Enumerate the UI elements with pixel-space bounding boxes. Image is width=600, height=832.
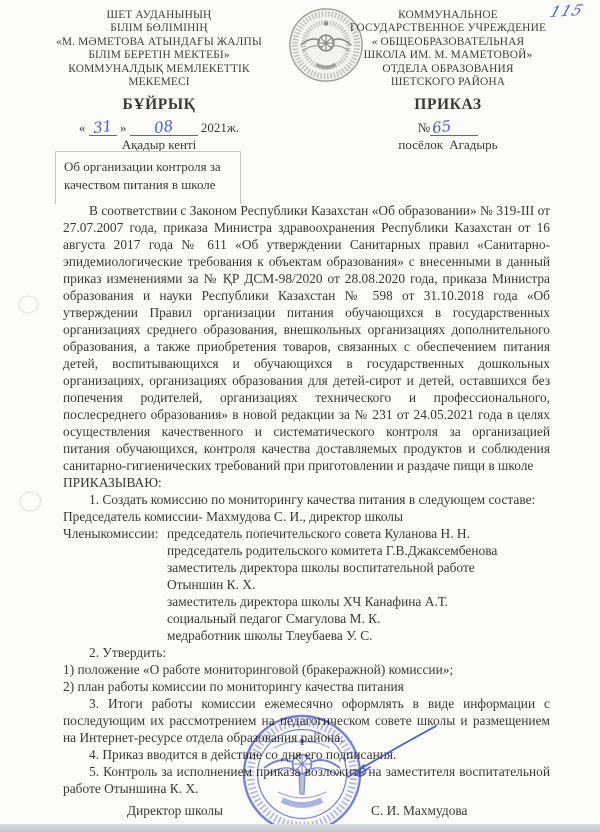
- quote-close: »: [120, 120, 127, 135]
- commission-members-block: Членыкомиссии: председатель попечительск…: [63, 525, 550, 644]
- date-day-blank: 31: [89, 117, 117, 136]
- org-line: ШЕТ АУДАНЫНЫҢ: [22, 9, 296, 22]
- org-line: КОММУНАЛДЫҚ МЕМЛЕКЕТТІК: [22, 63, 296, 76]
- org-name-russian: КОММУНАЛЬНОЕ ГОСУДАРСТВЕННОЕ УЧРЕЖДЕНИЕ …: [318, 9, 578, 89]
- org-line: БІЛІМ БЕРЕТІН МЕКТЕБІ»: [22, 49, 296, 62]
- date-month-blank: 08: [130, 117, 198, 136]
- handwritten-number: 65: [431, 117, 452, 137]
- order-subject-box: Об организации контроля за качеством пит…: [55, 151, 241, 204]
- member-row: Отыншин К. Х.: [167, 576, 550, 593]
- org-line: БІЛІМ БӨЛІМІНІҢ: [22, 22, 296, 35]
- member-row: социальный педагог Смагулова М. К.: [167, 610, 550, 627]
- place-russian: посёлок Агадырь: [318, 137, 578, 153]
- hole-punch-mark: [18, 295, 39, 314]
- member-row: заместитель директора школы воспитательн…: [167, 559, 550, 576]
- item-create-commission: 1. Создать комиссию по мониторингу качес…: [63, 491, 550, 508]
- number-label: №: [418, 120, 430, 135]
- members-label: Членыкомиссии:: [63, 525, 167, 542]
- member-row: председатель попечительского совета Кула…: [167, 525, 550, 542]
- director-signature: [318, 710, 443, 785]
- order-title-kk: БҰЙРЫҚ: [22, 96, 296, 114]
- member-row: заместитель директора школы ХЧ Канафина …: [167, 593, 550, 610]
- scan-edge-shadow: [0, 824, 600, 832]
- sub-item-plan: 2) план работы комиссии по мониторингу к…: [63, 678, 550, 695]
- order-title-ru: ПРИКАЗ: [318, 96, 578, 114]
- chairman-line: Председатель комиссии- Махмудова С. И., …: [63, 508, 550, 525]
- handwritten-day: 31: [92, 117, 113, 137]
- scanned-order-document: 115 ШЕТ АУДАНЫНЫҢ БІЛІМ БӨЛІМІНІҢ «М. МӘ…: [0, 0, 600, 832]
- quote-open: «: [79, 120, 86, 135]
- org-line: « ОБЩЕОБРАЗОВАТЕЛЬНАЯ: [318, 36, 578, 49]
- paragraph-legal-basis: В соответствии с Законом Республики Каза…: [63, 202, 550, 474]
- number-blank: 65: [430, 117, 478, 136]
- order-date: « 31 » 08 2021ж.: [22, 117, 296, 136]
- member-row: председатель родительского комитета Г.В.…: [167, 542, 550, 559]
- order-number: №65: [318, 117, 578, 136]
- org-line: КОММУНАЛЬНОЕ: [318, 9, 578, 22]
- signature-name: С. И. Махмудова: [371, 802, 467, 819]
- item-approve: 2. Утвердить:: [63, 644, 550, 661]
- members-list: председатель попечительского совета Кула…: [167, 525, 550, 644]
- member-row: медработник школы Тлеубаева У. С.: [167, 627, 550, 644]
- subject-line: качеством питания в школе: [64, 176, 240, 194]
- sub-item-regulation: 1) положение «О работе мониторинговой (б…: [63, 661, 550, 678]
- org-line: ШКОЛА ИМ. М. МАМЕТОВОЙ»: [318, 49, 578, 62]
- signature-position-title: Директор школы: [127, 802, 223, 819]
- subject-line: Об организации контроля за: [64, 158, 240, 176]
- org-line: ШЕТСКОГО РАЙОНА: [318, 76, 578, 89]
- org-line: ОТДЕЛА ОБРАЗОВАНИЯ: [318, 63, 578, 76]
- org-line: МЕКЕМЕСІ: [22, 76, 296, 89]
- org-name-kazakh: ШЕТ АУДАНЫНЫҢ БІЛІМ БӨЛІМІНІҢ «М. МӘМЕТО…: [22, 9, 296, 89]
- resolve-word: ПРИКАЗЫВАЮ:: [63, 474, 550, 491]
- handwritten-month: 08: [153, 117, 174, 137]
- date-year: 2021ж.: [201, 120, 239, 135]
- org-line: ГОСУДАРСТВЕННОЕ УЧРЕЖДЕНИЕ: [318, 22, 578, 35]
- org-line: «М. МӘМЕТОВА АТЫНДАҒЫ ЖАЛПЫ: [22, 36, 296, 49]
- hole-punch-mark: [19, 491, 42, 512]
